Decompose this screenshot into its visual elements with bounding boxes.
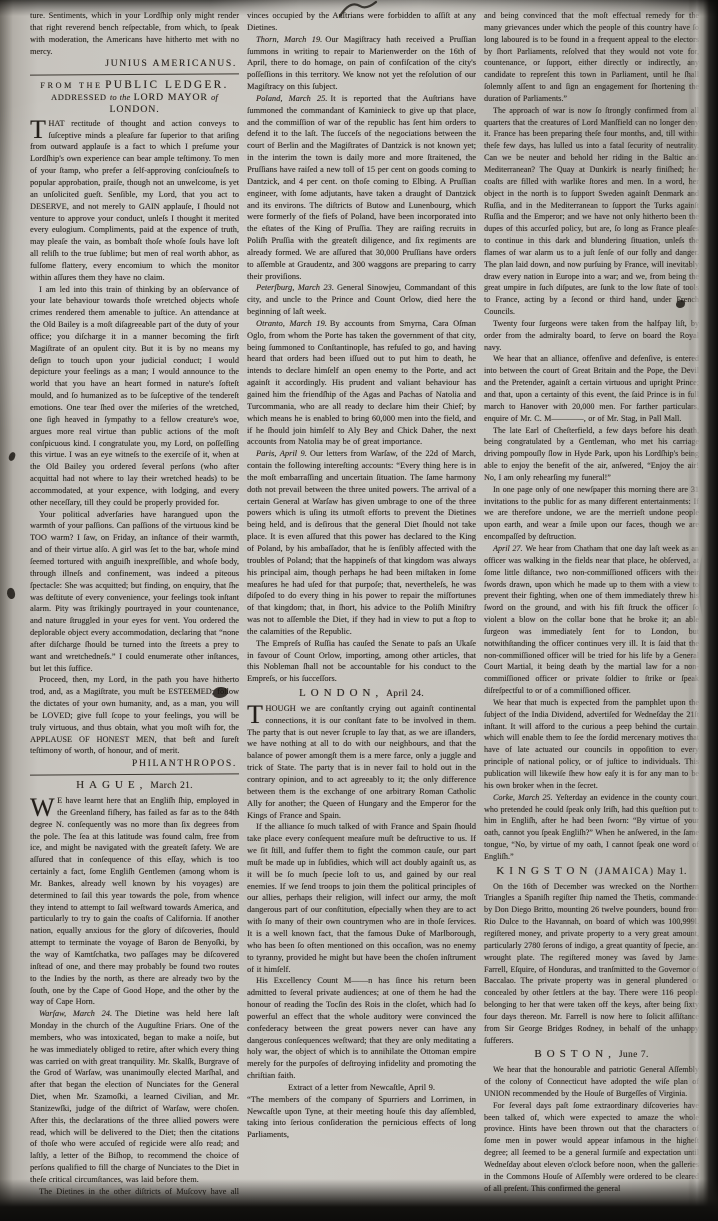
city-name: LONDON,: [299, 687, 383, 699]
drop-cap: T: [30, 118, 48, 141]
paragraph-junius-continuation: ture. Sentiments, which in your Lordſhip…: [30, 10, 239, 57]
heading-prefix: FROM THE: [40, 81, 102, 90]
paragraph-connecticut-union: We hear that the honourable and patrioti…: [484, 1064, 699, 1100]
newspaper-page: ture. Sentiments, which in your Lordſhip…: [0, 0, 718, 1221]
paragraph-surgeons-halfpay: Twenty four ſurgeons were taken from the…: [484, 318, 699, 354]
paragraph-adversaries: Your political adverſaries have harangue…: [30, 509, 239, 675]
paragraph-empress-ukase: The Empreſs of Ruſſia has cauſed the Sen…: [247, 638, 476, 685]
paragraph-warsaw-dietine: Warſaw, March 24.The Dietine was held he…: [30, 1008, 239, 1186]
paragraph-text: Our letters from Warſaw, of the 22d of M…: [247, 449, 476, 636]
city-name: KINGSTON: [496, 865, 592, 877]
paragraph-chesterfield-anecdote: The late Earl of Cheſterfield, a few day…: [484, 425, 699, 484]
signature-junius-americanus: JUNIUS AMERICANUS.: [30, 58, 237, 70]
city-name: BOSTON,: [534, 1048, 616, 1060]
dateline: Thorn, March 19.: [256, 35, 322, 44]
paragraph-spurriers-lorrimen: “The members of the company of Spurriers…: [247, 1094, 476, 1141]
newspaper-scan: { "page": { "paper_color": "#c8c5bf", "i…: [0, 0, 718, 1221]
city-date: April 24.: [386, 689, 424, 699]
city-name: HAGUE,: [76, 779, 147, 791]
city-date: June 7.: [619, 1050, 649, 1060]
city-date: March 21.: [150, 781, 193, 791]
paragraph-text: Yeſterday an evidence in the county cour…: [484, 793, 699, 861]
page-edge-blotch: [699, 552, 713, 620]
heading-london: LONDON,April 24.: [247, 688, 476, 701]
addressed-lord-mayor: LORD MAYOR: [134, 92, 208, 103]
paragraph-france-spain-alliance: If the alliance ſo much talked of with F…: [247, 821, 476, 975]
paragraph-continental-connections: THOUGH we are conſtantly crying out agai…: [247, 703, 476, 821]
paragraph-31-invitations: In one page only of one newſpaper this m…: [484, 484, 699, 543]
addressed-of: of: [211, 93, 218, 102]
paragraph-count-m-audiences: His Excellency Count M——n has ſince his …: [247, 975, 476, 1082]
dateline: Otranto, March 19.: [256, 319, 327, 328]
city-paren: (JAMAICA): [595, 866, 655, 876]
paragraph-corke-evidence: Corke, March 25.Yeſterday an evidence in…: [484, 792, 699, 863]
ink-speck: [8, 451, 16, 461]
section-rule: [30, 774, 239, 776]
paragraph-poland: Poland, March 25.It is reported that the…: [247, 93, 476, 283]
paragraph-petersburg: Peterſburg, March 23.General Sinowjeu, C…: [247, 282, 476, 318]
paragraph-text: The Dietine was held here laſt Monday in…: [30, 1009, 239, 1184]
addressed-word: ADDRESSED: [51, 93, 107, 102]
dateline: April 27.: [493, 544, 523, 553]
paragraph-greenland-ship: WE have learnt here that an Engliſh ſhip…: [30, 795, 239, 1008]
heading-boston: BOSTON,June 7.: [484, 1049, 699, 1062]
paragraph-text: HOUGH we are conſtantly crying out again…: [247, 704, 476, 820]
column-middle: vinces occupied by the Auſtrians were fo…: [247, 10, 476, 1195]
dateline: Poland, March 25.: [256, 94, 327, 103]
column-left: ture. Sentiments, which in your Lordſhip…: [30, 10, 239, 1195]
paragraph-otranto: Otranto, March 19.By accounts from Smyrn…: [247, 318, 476, 448]
heading-public-ledger: FROM THE PUBLIC LEDGER.: [30, 80, 239, 92]
city-date: May 1.: [657, 867, 686, 877]
signature-philanthropos: PHILANTHROPOS.: [30, 758, 237, 770]
heading-newcastle-letter: Extract of a letter from Newcaſtle, Apri…: [247, 1082, 476, 1094]
dateline: Paris, April 9.: [256, 449, 307, 458]
heading-hague: HAGUE,March 21.: [30, 780, 239, 793]
paragraph-india-dividend-pamphlet: We hear that much is expected from the p…: [484, 697, 699, 792]
dateline: Corke, March 25.: [493, 793, 553, 802]
column-right: and being convinced that the moſt effect…: [484, 10, 699, 1195]
paragraph-thetis-wreck: On the 16th of December was wrecked on t…: [484, 881, 699, 1047]
heading-addressed-lord-mayor: ADDRESSED to the LORD MAYOR of LONDON.: [30, 92, 239, 116]
paragraph-dietines-muscovy: The Dietines in the other diſtricts of M…: [30, 1186, 239, 1195]
addressed-italic: to the: [110, 93, 131, 102]
paragraph-pope-devil-pretender: We hear that an alliance, offenſive and …: [484, 353, 699, 424]
paragraph-text: By accounts from Smyrna, Cara Oſman Oglo…: [247, 319, 476, 446]
dateline: Warſaw, March 24.: [39, 1009, 112, 1018]
paragraph-extraordinary-discoveries: For ſeveral days paſt ſome extraordinary…: [484, 1100, 699, 1195]
heading-kingston-jamaica: KINGSTON (JAMAICA)May 1.: [484, 866, 699, 879]
drop-cap: W: [30, 795, 57, 818]
paragraph-text: E have learnt here that an Engliſh ſhip,…: [30, 796, 239, 1006]
paragraph-text: HAT rectitude of thought and action conv…: [30, 119, 239, 282]
paragraph-proceed: Proceed, then, my Lord, in the path you …: [30, 674, 239, 757]
addressed-london: LONDON.: [109, 104, 159, 115]
ink-speck: [5, 587, 16, 600]
heading-main: PUBLIC LEDGER.: [105, 79, 229, 91]
paragraph-chatham-officer: April 27.We hear from Chatham that one d…: [484, 543, 699, 697]
dateline: Peterſburg, March 23.: [256, 283, 334, 292]
paragraph-text: We hear from Chatham that one day laſt w…: [484, 544, 699, 695]
section-rule: [30, 74, 239, 76]
drop-cap: T: [247, 703, 265, 726]
paragraph-short-parliaments: and being convinced that the moſt effect…: [484, 10, 699, 105]
paragraph-paris-warsaw-letters: Paris, April 9.Our letters from Warſaw, …: [247, 448, 476, 638]
paragraph-text: It is reported that the Auſtrians have ſ…: [247, 94, 476, 281]
paragraph-thorn: Thorn, March 19.Our Magiſtracy hath rece…: [247, 34, 476, 93]
paragraph-that-rectitude: THAT rectitude of thought and action con…: [30, 118, 239, 284]
paragraph-approach-of-war: The approach of war is now ſo ſtrongly c…: [484, 105, 699, 318]
ink-blot-mark: [336, 0, 382, 20]
paragraph-observance: I am led into this train of thinking by …: [30, 284, 239, 509]
